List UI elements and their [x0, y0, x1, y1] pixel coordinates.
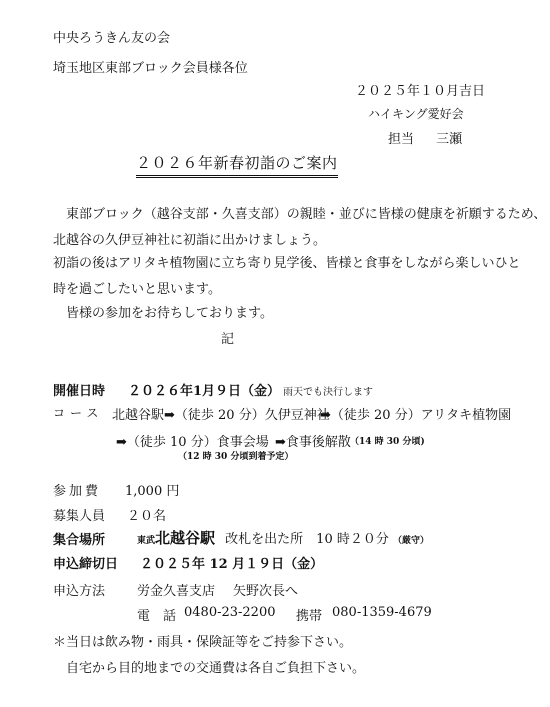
deadline-value: ２０２５年 12 月１９日（金）: [140, 553, 323, 572]
arrival-time: （12 時 30 分頃到着予定）: [178, 449, 293, 462]
sender: ハイキング愛好会: [368, 105, 464, 122]
apply-person: 矢野次長へ: [233, 580, 298, 599]
body-line: 北越谷の久伊豆神社に初詣に出かけましょう。: [53, 229, 326, 248]
body-line: 皆様の参加をお待ちしております。: [66, 302, 273, 321]
meet-station: 北越谷駅: [155, 529, 215, 547]
course-line: ➡食事後解散: [275, 431, 351, 450]
fee-value: 1,000 円: [125, 480, 179, 499]
mobile-value: 080-1359-4679: [332, 605, 432, 620]
contact-name: 三瀬: [436, 132, 462, 147]
contact-label: 担当: [388, 132, 414, 147]
document-title: ２０２６年新春初詣のご案内: [136, 152, 338, 178]
recipients: 埼玉地区東部ブロック会員様各位: [53, 57, 248, 76]
course-label: コース: [53, 404, 103, 421]
body-line: 東部ブロック（越谷支部・久喜支部）の親睦・並びに皆様の健康を祈願するため、: [66, 203, 546, 222]
course-line: ➡（徒歩 10 分）食事会場: [116, 431, 269, 450]
date-note: 雨天でも決行します: [283, 383, 373, 398]
phone-value: 0480-23-2200: [184, 605, 276, 620]
meet-note: （厳守）: [393, 536, 429, 546]
meet-label: 集合場所: [53, 529, 105, 548]
ki-mark: 記: [221, 328, 234, 347]
issue-date: ２０２５年１０月吉日: [355, 80, 485, 99]
apply-branch: 労金久喜支店: [137, 580, 215, 599]
body-line: 初詣の後はアリタキ植物園に立ち寄り見学後、皆様と食事をしながら楽しいひと: [53, 252, 520, 271]
course-end-time: （14 時 30 分頃): [350, 434, 425, 447]
capacity-label: 募集人員: [53, 505, 105, 524]
body-line: 時を過ごしたいと思います。: [53, 278, 221, 297]
course-line: 北越谷駅➡（徒歩 20 分）久伊豆神社: [112, 404, 330, 423]
note-line: ＊当日は飲み物・雨具・保険証等をご持参下さい。: [53, 631, 352, 650]
meet-prefix: 東武: [137, 536, 155, 546]
date-value: ２０２６年1月９日（金）: [128, 380, 280, 399]
meet-place: 改札を出た所 10 時２０分: [225, 532, 389, 547]
note-line: 自宅から目的地までの交通費は各自ご負担下さい。: [66, 657, 365, 676]
capacity-value: ２０名: [127, 505, 166, 524]
date-label: 開催日時: [53, 380, 105, 399]
mobile-label: 携帯: [296, 605, 322, 624]
course-line: ➡（徒歩 20 分）アリタキ植物園: [320, 404, 511, 423]
phone-label: 電 話: [137, 605, 176, 624]
meet-value: 東武北越谷駅 改札を出た所 10 時２０分 （厳守）: [137, 527, 429, 548]
deadline-label: 申込締切日: [53, 553, 118, 572]
org-name: 中央ろうきん友の会: [53, 27, 170, 46]
apply-label: 申込方法: [53, 580, 105, 599]
fee-label: 参加費: [53, 480, 101, 499]
contact: 担当 三瀬: [388, 128, 462, 147]
